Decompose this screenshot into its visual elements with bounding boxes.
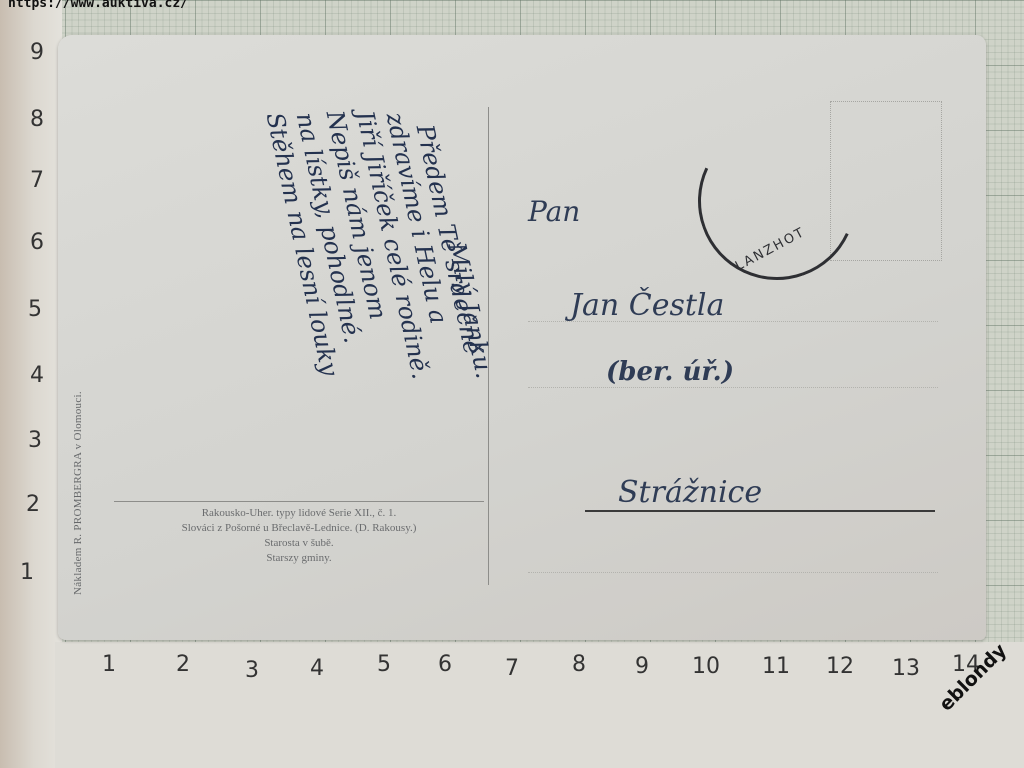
address-name: Jan Čestla (570, 288, 724, 323)
handwritten-message: Milý Janku. Předem Tě srdečně zdravíme i… (180, 90, 480, 630)
ruler-number: 5 (377, 652, 391, 677)
ruler-number: 5 (28, 297, 42, 322)
bottom-ruler-strip (55, 642, 1024, 768)
address-town: Strážnice (618, 475, 762, 510)
ruler-number: 6 (30, 230, 44, 255)
ruler-number: 3 (28, 428, 42, 453)
ruler-number: 11 (762, 654, 790, 679)
source-url-label: https://www.auktiva.cz/ (8, 0, 188, 11)
ruler-number: 10 (692, 654, 720, 679)
address-salutation: Pan (528, 195, 580, 228)
address-dotted-line (528, 572, 938, 573)
address-note: (ber. úř.) (606, 357, 734, 387)
ruler-number: 6 (438, 652, 452, 677)
ruler-number: 12 (826, 654, 854, 679)
publisher-imprint: Nákladem R. PROMBERGRA v Olomouci. (72, 391, 84, 595)
ruler-number: 2 (26, 492, 40, 517)
ruler-number: 9 (635, 654, 649, 679)
ruler-number: 3 (245, 658, 259, 683)
ruler-number: 8 (572, 652, 586, 677)
ruler-number: 7 (30, 168, 44, 193)
ruler-number: 1 (20, 560, 34, 585)
ruler-number: 4 (310, 656, 324, 681)
ruler-number: 7 (505, 656, 519, 681)
ruler-number: 4 (30, 363, 44, 388)
address-town-underline (585, 510, 935, 512)
ruler-number: 13 (892, 656, 920, 681)
ruler-number: 9 (30, 40, 44, 65)
ruler-number: 8 (30, 107, 44, 132)
ruler-number: 1 (102, 652, 116, 677)
ruler-number: 2 (176, 652, 190, 677)
address-dotted-line (528, 387, 938, 388)
